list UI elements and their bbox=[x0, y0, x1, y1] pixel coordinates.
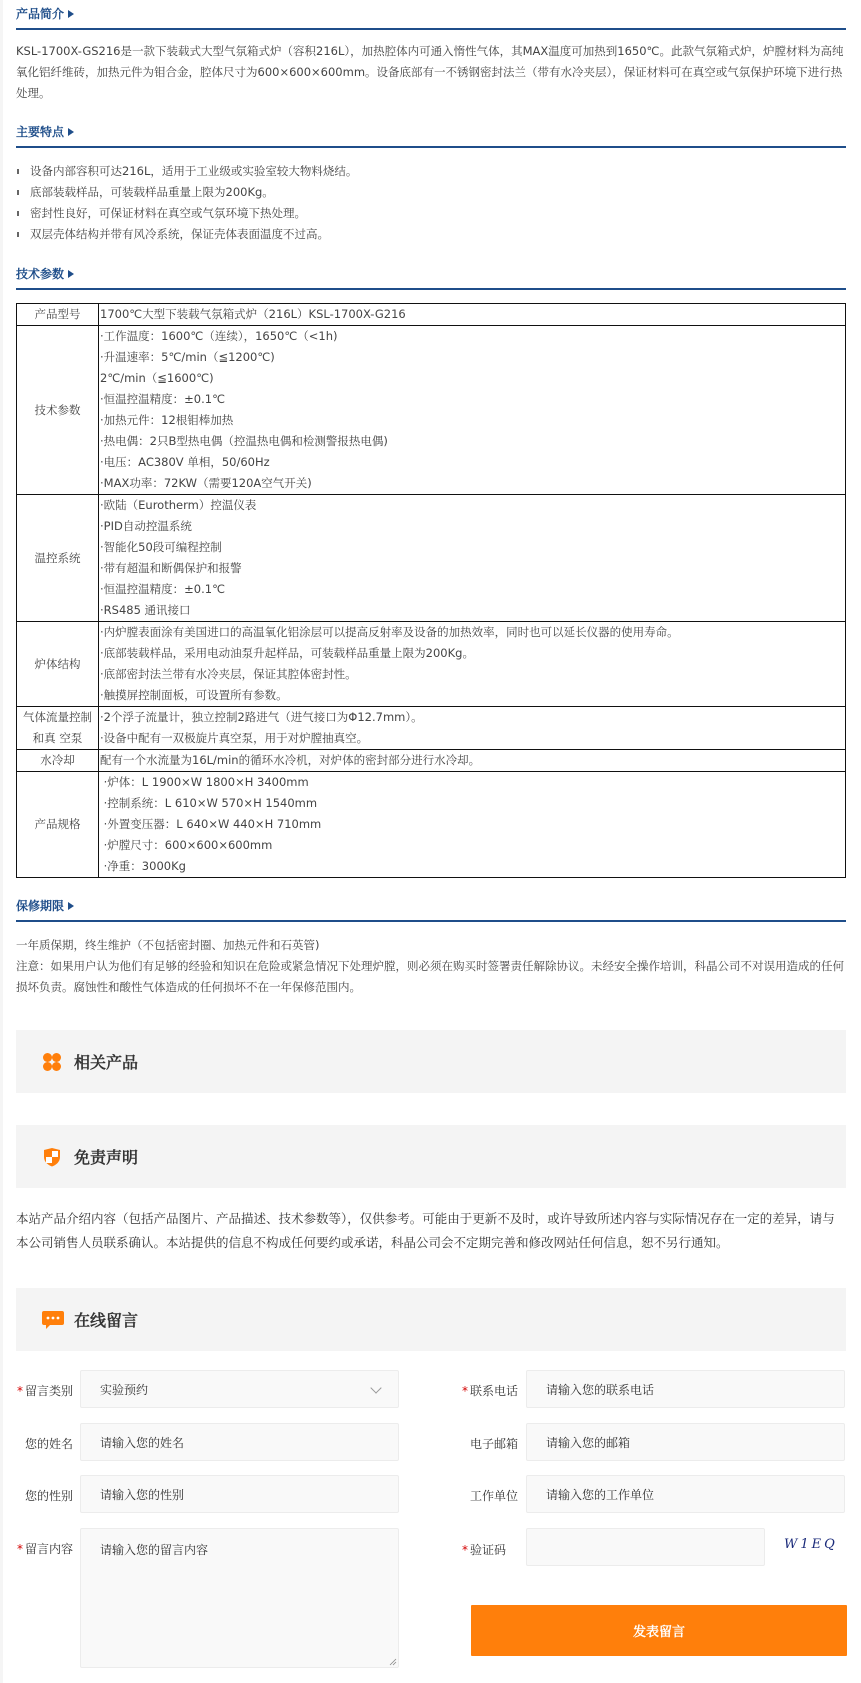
intro-text: KSL-1700X-GS216是一款下装载式大型气氛箱式炉（容积216L），加热… bbox=[16, 41, 846, 104]
svg-text:W1EQ: W1EQ bbox=[784, 1537, 838, 1552]
phone-label: *联系电话 bbox=[456, 1382, 518, 1399]
company-input[interactable]: 请输入您的工作单位 bbox=[526, 1475, 845, 1513]
left-edge-strip bbox=[0, 0, 3, 1683]
spec-line: ·净重：3000Kg bbox=[100, 856, 845, 877]
spec-line: ·恒温控温精度：±0.1℃ bbox=[100, 389, 845, 410]
required-mark: * bbox=[462, 1384, 468, 1398]
spec-line: ·带有超温和断偶保护和报警 bbox=[100, 558, 845, 579]
category-select[interactable]: 实验预约 bbox=[80, 1370, 399, 1408]
section-title: 保修期限 bbox=[16, 897, 74, 914]
spec-line: ·触摸屏控制面板，可设置所有参数。 bbox=[100, 685, 845, 706]
spec-line: ·加热元件：12根钼棒加热 bbox=[100, 410, 845, 431]
spec-key: 产品型号 bbox=[17, 304, 99, 326]
table-row: 技术参数 ·工作温度：1600℃（连续），1650℃（<1h) ·升温速率：5℃… bbox=[17, 326, 846, 495]
category-value: 实验预约 bbox=[100, 1381, 148, 1398]
spec-value: ·工作温度：1600℃（连续），1650℃（<1h) ·升温速率：5℃/min（… bbox=[99, 326, 846, 495]
spec-line: ·内炉膛表面涂有美国进口的高温氧化铝涂层可以提高反射率及设备的加热效率，同时也可… bbox=[100, 622, 845, 643]
section-header-features: 主要特点 bbox=[16, 118, 846, 148]
block-title: 相关产品 bbox=[74, 1050, 138, 1073]
table-row: 气体流量控制 和真 空泵 ·2个浮子流量计，独立控制2路进气（进气接口为Φ12.… bbox=[17, 707, 846, 750]
warranty-text: 一年质保期，终生维护（不包括密封圈、加热元件和石英管) 注意：如果用户认为他们有… bbox=[16, 935, 846, 998]
section-header-warranty: 保修期限 bbox=[16, 892, 846, 922]
name-label: 您的姓名 bbox=[16, 1435, 73, 1452]
spec-line: 配有一个水流量为16L/min的循环水冷机，对炉体的密封部分进行水冷却。 bbox=[100, 750, 845, 771]
spec-line: 2℃/min（≦1600℃) bbox=[100, 368, 845, 389]
phone-input[interactable]: 请输入您的联系电话 bbox=[526, 1370, 845, 1408]
spec-line: ·恒温控温精度：±0.1℃ bbox=[100, 579, 845, 600]
shield-icon bbox=[42, 1147, 62, 1167]
spec-key: 炉体结构 bbox=[17, 622, 99, 707]
chat-bubble-icon bbox=[42, 1310, 64, 1330]
email-input[interactable]: 请输入您的邮箱 bbox=[526, 1423, 845, 1461]
captcha-image[interactable]: W1EQ bbox=[782, 1532, 842, 1554]
clover-icon bbox=[42, 1052, 62, 1072]
required-mark: * bbox=[17, 1542, 23, 1556]
spec-value: ·炉体：L 1900×W 1800×H 3400mm ·控制系统：L 610×W… bbox=[99, 772, 846, 878]
spec-key-line: 气体流量控制 bbox=[17, 707, 98, 728]
list-item: 底部装载样品，可装载样品重量上限为200Kg。 bbox=[16, 182, 846, 203]
spec-value: ·欧陆（Eurotherm）控温仪表 ·PID自动控温系统 ·智能化50段可编程… bbox=[99, 495, 846, 622]
spec-table: 产品型号 1700℃大型下装载气氛箱式炉（216L）KSL-1700X-G216… bbox=[16, 303, 846, 878]
table-row: 炉体结构 ·内炉膛表面涂有美国进口的高温氧化铝涂层可以提高反射率及设备的加热效率… bbox=[17, 622, 846, 707]
submit-message-button[interactable]: 发表留言 bbox=[471, 1605, 847, 1656]
spec-key: 技术参数 bbox=[17, 326, 99, 495]
spec-value: 1700℃大型下装载气氛箱式炉（216L）KSL-1700X-G216 bbox=[99, 304, 846, 326]
section-title: 产品简介 bbox=[16, 5, 74, 22]
spec-line: ·工作温度：1600℃（连续），1650℃（<1h) bbox=[100, 326, 845, 347]
spec-line: ·底部装载样品，采用电动油泵升起样品，可装载样品重量上限为200Kg。 bbox=[100, 643, 845, 664]
spec-value: 配有一个水流量为16L/min的循环水冷机，对炉体的密封部分进行水冷却。 bbox=[99, 750, 846, 772]
message-header: 在线留言 bbox=[16, 1288, 846, 1351]
spec-line: ·底部密封法兰带有水冷夹层，保证其腔体密封性。 bbox=[100, 664, 845, 685]
list-item: 密封性良好，可保证材料在真空或气氛环境下热处理。 bbox=[16, 203, 846, 224]
spec-key: 温控系统 bbox=[17, 495, 99, 622]
spec-key-line: 和真 空泵 bbox=[17, 728, 98, 749]
list-item: 设备内部容积可达216L，适用于工业级或实验室较大物料烧结。 bbox=[16, 161, 846, 182]
chevron-down-icon bbox=[370, 1382, 381, 1393]
spec-line: ·智能化50段可编程控制 bbox=[100, 537, 845, 558]
category-label: *留言类别 bbox=[16, 1382, 73, 1399]
spec-key: 气体流量控制 和真 空泵 bbox=[17, 707, 99, 750]
spec-line: ·电压：AC380V 单相，50/60Hz bbox=[100, 452, 845, 473]
spec-line: ·炉膛尺寸：600×600×600mm bbox=[100, 835, 845, 856]
table-row: 产品型号 1700℃大型下装载气氛箱式炉（216L）KSL-1700X-G216 bbox=[17, 304, 846, 326]
table-row: 温控系统 ·欧陆（Eurotherm）控温仪表 ·PID自动控温系统 ·智能化5… bbox=[17, 495, 846, 622]
features-list: 设备内部容积可达216L，适用于工业级或实验室较大物料烧结。 底部装载样品，可装… bbox=[16, 161, 846, 245]
spec-line: ·升温速率：5℃/min（≦1200℃) bbox=[100, 347, 845, 368]
content-textarea[interactable]: 请输入您的留言内容 bbox=[80, 1528, 399, 1668]
table-row: 产品规格 ·炉体：L 1900×W 1800×H 3400mm ·控制系统：L … bbox=[17, 772, 846, 878]
related-products-header: 相关产品 bbox=[16, 1030, 846, 1093]
required-mark: * bbox=[462, 1543, 468, 1557]
spec-key: 产品规格 bbox=[17, 772, 99, 878]
section-header-tech: 技术参数 bbox=[16, 260, 846, 290]
spec-value: ·内炉膛表面涂有美国进口的高温氧化铝涂层可以提高反射率及设备的加热效率，同时也可… bbox=[99, 622, 846, 707]
disclaimer-header: 免责声明 bbox=[16, 1125, 846, 1188]
block-title: 在线留言 bbox=[74, 1308, 138, 1331]
company-label: 工作单位 bbox=[456, 1487, 518, 1504]
spec-line: ·PID自动控温系统 bbox=[100, 516, 845, 537]
gender-input[interactable]: 请输入您的性别 bbox=[80, 1475, 399, 1513]
warranty-note: 注意：如果用户认为他们有足够的经验和知识在危险或紧急情况下处理炉膛，则必须在购买… bbox=[16, 956, 846, 998]
table-row: 水冷却 配有一个水流量为16L/min的循环水冷机，对炉体的密封部分进行水冷却。 bbox=[17, 750, 846, 772]
block-title: 免责声明 bbox=[74, 1145, 138, 1168]
required-mark: * bbox=[17, 1384, 23, 1398]
spec-line: ·控制系统：L 610×W 570×H 1540mm bbox=[100, 793, 845, 814]
captcha-label: *验证码 bbox=[456, 1541, 506, 1558]
section-header-intro: 产品简介 bbox=[16, 0, 846, 30]
triangle-right-icon bbox=[68, 902, 74, 910]
disclaimer-text: 本站产品介绍内容（包括产品图片、产品描述、技术参数等），仅供参考。可能由于更新不… bbox=[16, 1207, 846, 1255]
spec-line: ·外置变压器：L 640×W 440×H 710mm bbox=[100, 814, 845, 835]
warranty-line: 一年质保期，终生维护（不包括密封圈、加热元件和石英管) bbox=[16, 935, 846, 956]
email-label: 电子邮箱 bbox=[456, 1435, 518, 1452]
spec-line: ·设备中配有一双极旋片真空泵，用于对炉膛抽真空。 bbox=[100, 728, 845, 749]
triangle-right-icon bbox=[68, 270, 74, 278]
spec-value: ·2个浮子流量计，独立控制2路进气（进气接口为Φ12.7mm）。 ·设备中配有一… bbox=[99, 707, 846, 750]
spec-line: ·2个浮子流量计，独立控制2路进气（进气接口为Φ12.7mm）。 bbox=[100, 707, 845, 728]
section-title: 技术参数 bbox=[16, 265, 74, 282]
resize-handle-icon[interactable] bbox=[389, 1658, 397, 1666]
triangle-right-icon bbox=[68, 128, 74, 136]
spec-line: ·热电偶：2只B型热电偶（控温热电偶和检测警报热电偶) bbox=[100, 431, 845, 452]
captcha-input[interactable] bbox=[526, 1528, 765, 1566]
spec-line: 1700℃大型下装载气氛箱式炉（216L）KSL-1700X-G216 bbox=[100, 304, 845, 325]
content-label: *留言内容 bbox=[16, 1540, 73, 1557]
spec-line: ·炉体：L 1900×W 1800×H 3400mm bbox=[100, 772, 845, 793]
triangle-right-icon bbox=[68, 10, 74, 18]
section-title: 主要特点 bbox=[16, 123, 74, 140]
gender-label: 您的性别 bbox=[16, 1487, 73, 1504]
spec-line: ·MAX功率：72KW（需要120A空气开关) bbox=[100, 473, 845, 494]
name-input[interactable]: 请输入您的姓名 bbox=[80, 1423, 399, 1461]
spec-key: 水冷却 bbox=[17, 750, 99, 772]
spec-line: ·RS485 通讯接口 bbox=[100, 600, 845, 621]
list-item: 双层壳体结构并带有风冷系统，保证壳体表面温度不过高。 bbox=[16, 224, 846, 245]
spec-line: ·欧陆（Eurotherm）控温仪表 bbox=[100, 495, 845, 516]
